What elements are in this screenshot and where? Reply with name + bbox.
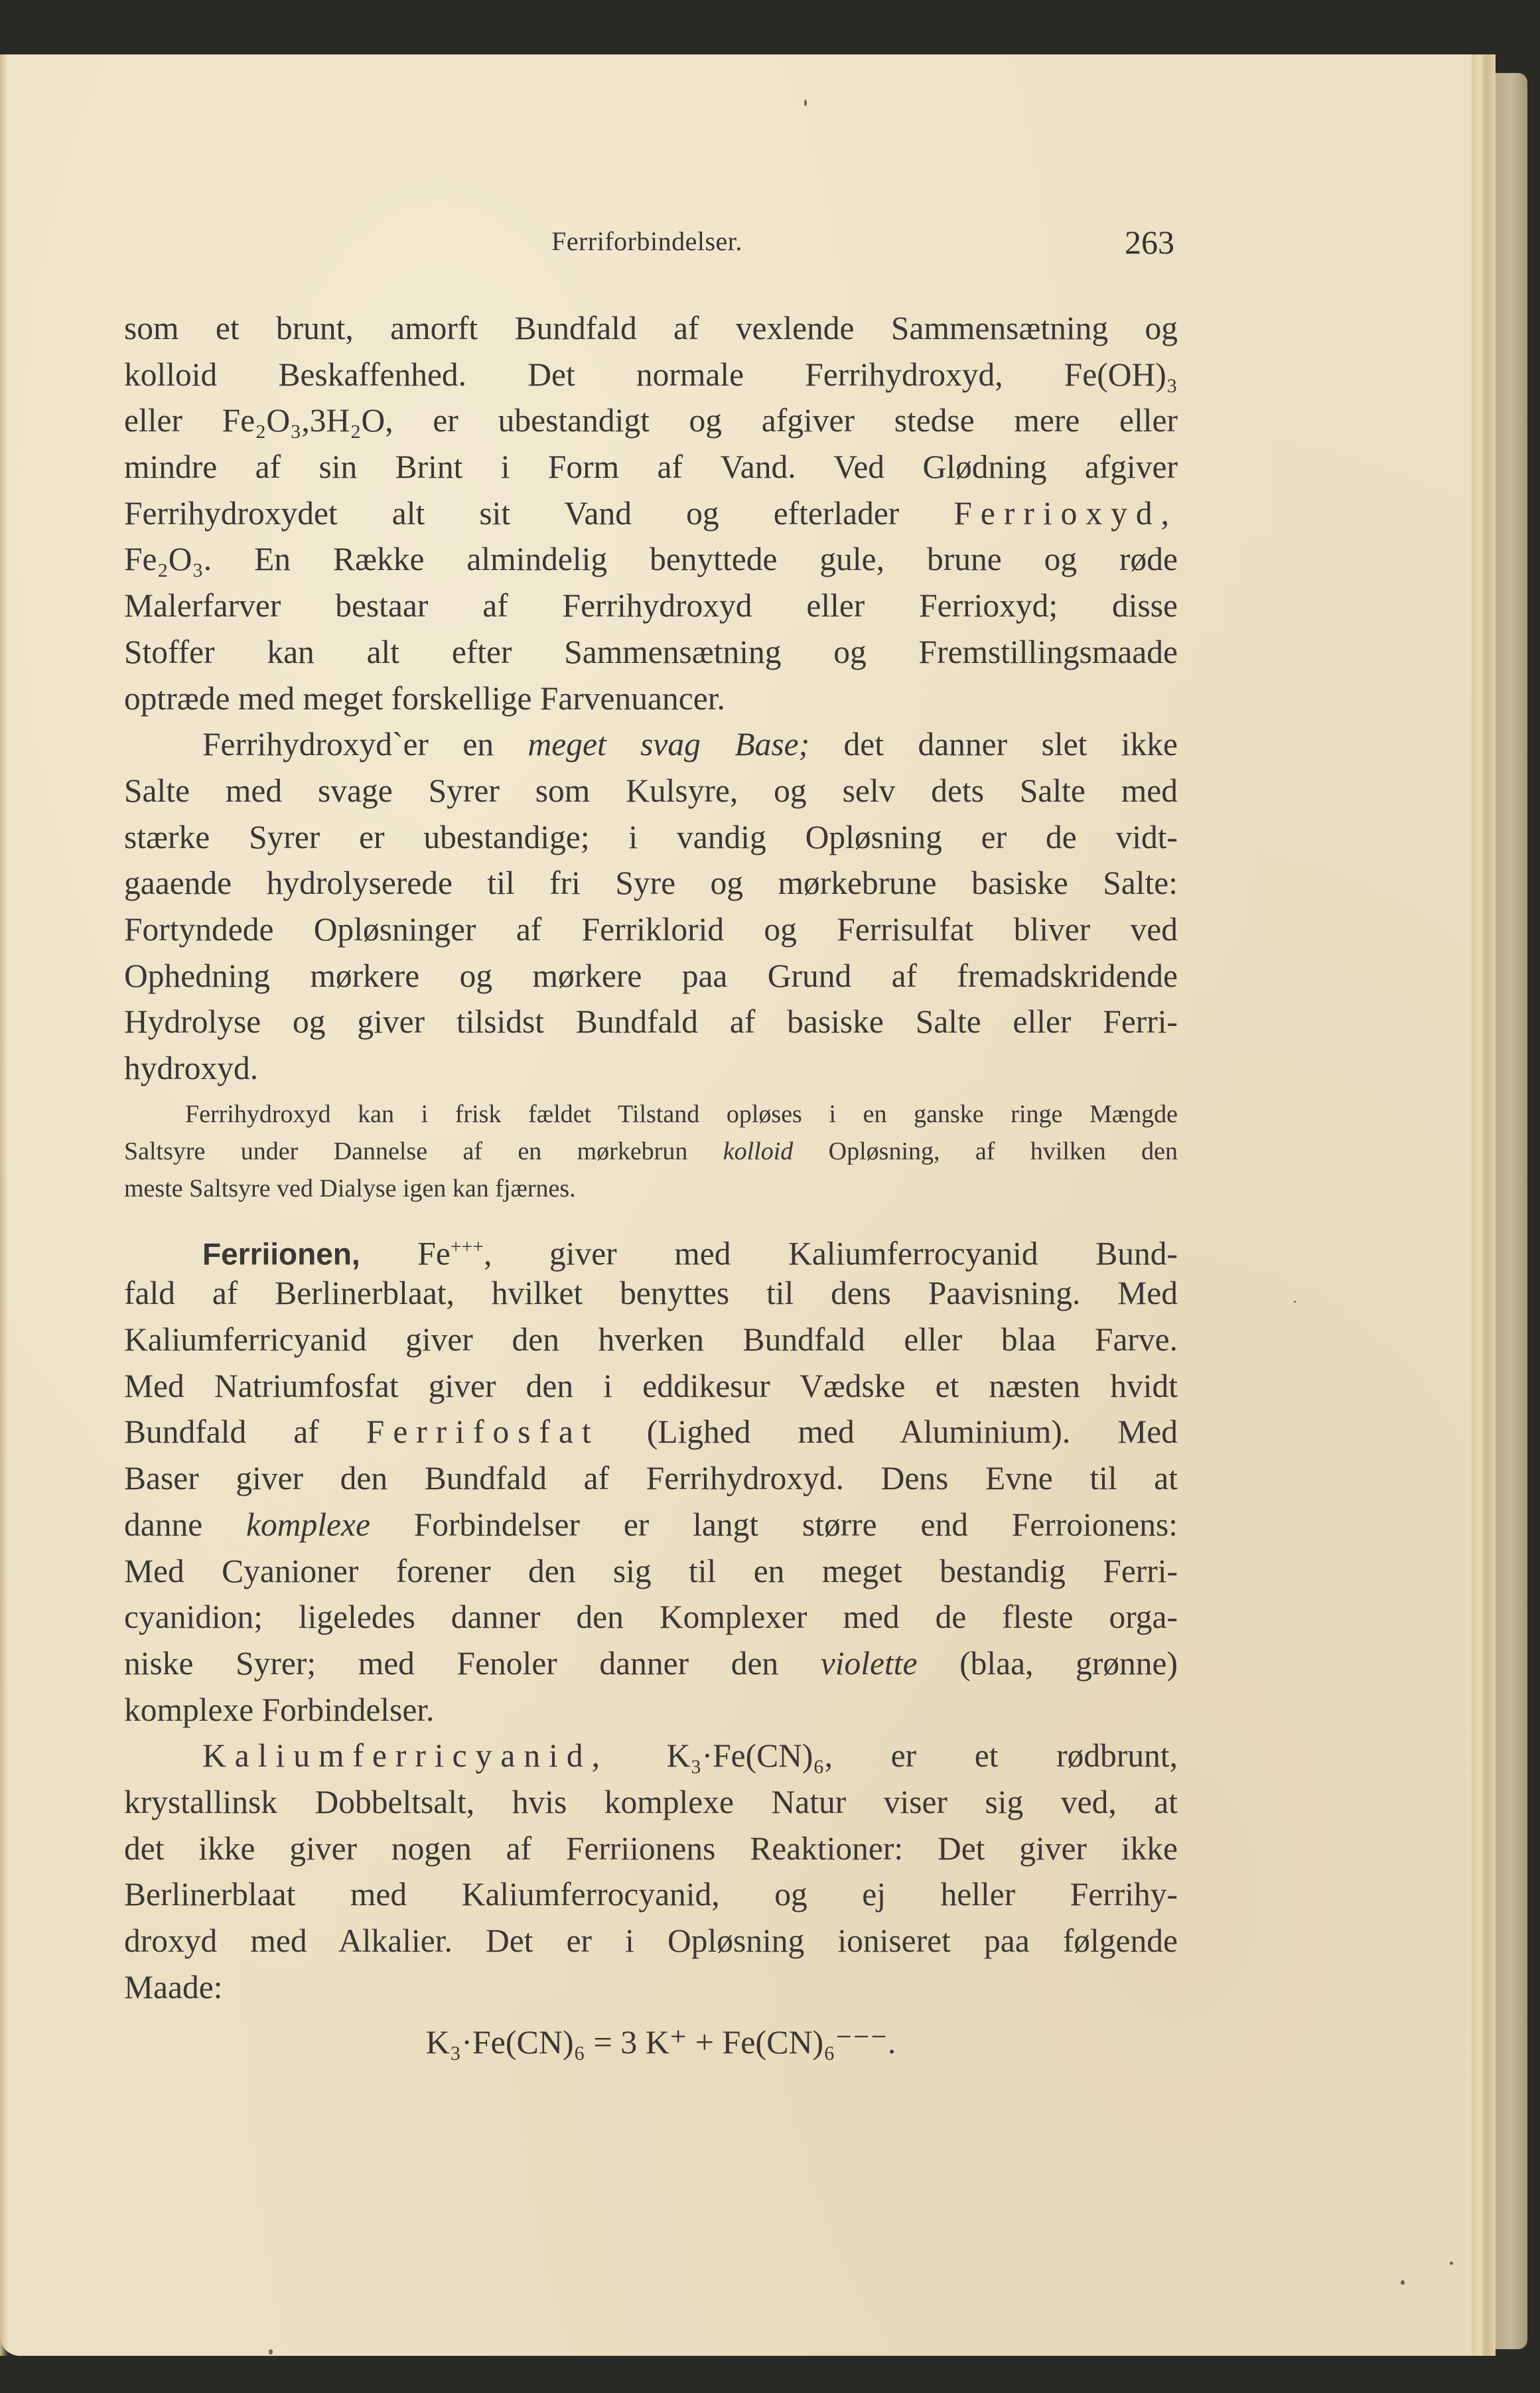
text-line: cyanidion; ligeledes danner den Komplexe…: [124, 1594, 1178, 1640]
text-line: Ferrihydroxydet alt sit Vand og efterlad…: [124, 490, 1178, 537]
text-line: Maade:: [124, 1964, 1178, 2011]
text-line: stærke Syrer er ubestandige; i vandig Op…: [124, 814, 1178, 861]
italic-emphasis: meget svag Base;: [528, 726, 810, 762]
paper-speck: [1401, 2280, 1405, 2285]
paper-speck: [804, 100, 807, 106]
paragraph-3: Ferriionen, Fe+++, giver med Kaliumferro…: [124, 1224, 1178, 1733]
section-heading: Ferriionen,: [202, 1236, 360, 1271]
ion-symbol: Fe: [417, 1235, 451, 1271]
text-line: gaaende hydrolyserede til fri Syre og mø…: [124, 860, 1178, 906]
text-line: komplexe Forbindelser.: [124, 1687, 1178, 1733]
running-header: Ferriforbindelser. 263: [119, 226, 1174, 265]
italic-emphasis: komplexe: [246, 1506, 370, 1543]
italic-emphasis: violette: [821, 1645, 918, 1682]
inline-formula: K₃·Fe(CN)₆,: [667, 1737, 833, 1774]
text-span: Ferrihydroxyd`er en: [202, 726, 494, 762]
text-span: danne: [124, 1506, 202, 1543]
text-line: Kaliumferricyanid, K₃·Fe(CN)₆, er et rød…: [124, 1733, 1178, 1779]
text-span: Bundfald af: [124, 1414, 319, 1450]
text-span: er et rødbrunt,: [891, 1737, 1178, 1774]
paragraph-4: Kaliumferricyanid, K₃·Fe(CN)₆, er et rød…: [124, 1733, 1178, 2010]
text-line: Stoffer kan alt efter Sammensætning og F…: [124, 629, 1178, 676]
text-span: Forbindelser er langt større end Ferroio…: [414, 1506, 1178, 1543]
text-line: Malerfarver bestaar af Ferrihydroxyd ell…: [124, 583, 1178, 629]
text-line: Salte med svage Syrer som Kulsyre, og se…: [124, 768, 1178, 814]
text-line: krystallinsk Dobbeltsalt, hvis komplexe …: [124, 1779, 1178, 1826]
body-text: som et brunt, amorft Bundfald af vexlend…: [124, 305, 1178, 2072]
spaced-term: Ferrioxyd,: [953, 495, 1178, 532]
small-print-note: Ferrihydroxyd kan i frisk fældet Tilstan…: [124, 1096, 1178, 1207]
text-span: det danner slet ikke: [844, 726, 1178, 762]
text-line: som et brunt, amorft Bundfald af vexlend…: [124, 305, 1178, 352]
page-number: 263: [1125, 223, 1174, 261]
text-line: eller Fe₂O₃,3H₂O, er ubestandigt og afgi…: [124, 398, 1178, 444]
text-line: Hydrolyse og giver tilsidst Bundfald af …: [124, 999, 1178, 1045]
equation-lhs: K₃·Fe(CN)₆: [426, 2023, 585, 2061]
text-span: , giver med Kaliumferrocyanid Bund-: [484, 1235, 1178, 1271]
text-span: Ferrihydroxydet alt sit Vand og efterlad…: [124, 495, 899, 532]
text-span: (blaa, grønne): [959, 1645, 1178, 1682]
text-line: fald af Berlinerblaat, hvilket benyttes …: [124, 1270, 1178, 1317]
text-line: hydroxyd.: [124, 1045, 1178, 1092]
text-line: mindre af sin Brint i Form af Vand. Ved …: [124, 444, 1178, 490]
book-cover-edge: [1496, 73, 1527, 2349]
text-line: danne komplexe Forbindelser er langt stø…: [124, 1502, 1178, 1548]
text-span: Saltsyre under Dannelse af en mørkebrun: [124, 1137, 687, 1165]
paragraph-1: som et brunt, amorft Bundfald af vexlend…: [124, 305, 1178, 721]
text-line: Berlinerblaat med Kaliumferrocyanid, og …: [124, 1871, 1178, 1918]
running-title: Ferriforbindelser.: [119, 226, 1174, 257]
text-line: optræde med meget forskellige Farvenuanc…: [124, 676, 1178, 722]
text-line: Baser giver den Bundfald af Ferrihydroxy…: [124, 1455, 1178, 1502]
equation-rhs: 3 K⁺ + Fe(CN)₆⁻⁻⁻.: [620, 2023, 896, 2061]
text-line: meste Saltsyre ved Dialyse igen kan fjær…: [124, 1170, 1178, 1207]
text-line: Fortyndede Opløsninger af Ferriklorid og…: [124, 906, 1178, 953]
paper-speck: [1450, 2262, 1453, 2265]
spaced-term: Kaliumferricyanid,: [202, 1737, 608, 1774]
text-span: (Lighed med Aluminium). Med: [647, 1414, 1178, 1450]
text-line: Ferrihydroxyd`er en meget svag Base; det…: [124, 721, 1178, 768]
paper-speck: [1294, 1301, 1296, 1303]
spaced-term: Ferrifosfat: [366, 1414, 600, 1450]
text-line: det ikke giver nogen af Ferriionens Reak…: [124, 1826, 1178, 1872]
text-line: Ferrihydroxyd kan i frisk fældet Tilstan…: [124, 1096, 1178, 1133]
text-line: Ferriionen, Fe+++, giver med Kaliumferro…: [124, 1224, 1178, 1271]
page-stack-edge: [1472, 54, 1496, 2356]
text-line: kolloid Beskaffenhed. Det normale Ferrih…: [124, 352, 1178, 398]
paper-speck: [269, 2349, 273, 2355]
text-line: Med Cyanioner forener den sig til en meg…: [124, 1548, 1178, 1595]
italic-emphasis: kolloid: [723, 1137, 794, 1165]
ion-charge: +++: [451, 1236, 484, 1258]
text-line: Kaliumferricyanid giver den hverken Bund…: [124, 1317, 1178, 1363]
paragraph-2: Ferrihydroxyd`er en meget svag Base; det…: [124, 721, 1178, 1092]
gutter-shadow: [0, 54, 8, 2356]
text-line: Bundfald af Ferrifosfat (Lighed med Alum…: [124, 1409, 1178, 1455]
text-line: droxyd med Alkalier. Det er i Opløsning …: [124, 1918, 1178, 1964]
text-line: Med Natriumfosfat giver den i eddikesur …: [124, 1363, 1178, 1410]
text-line: Saltsyre under Dannelse af en mørkebrun …: [124, 1133, 1178, 1170]
text-line: niske Syrer; med Fenoler danner den viol…: [124, 1640, 1178, 1687]
text-line: Ophedning mørkere og mørkere paa Grund a…: [124, 953, 1178, 999]
text-span: niske Syrer; med Fenoler danner den: [124, 1645, 778, 1682]
text-line: Fe₂O₃. En Række almindelig benyttede gul…: [124, 536, 1178, 583]
text-span: Opløsning, af hvilken den: [829, 1137, 1178, 1165]
ionization-equation: K₃·Fe(CN)₆ = 3 K⁺ + Fe(CN)₆⁻⁻⁻.: [124, 2019, 1178, 2072]
equation-equals: =: [594, 2023, 612, 2061]
